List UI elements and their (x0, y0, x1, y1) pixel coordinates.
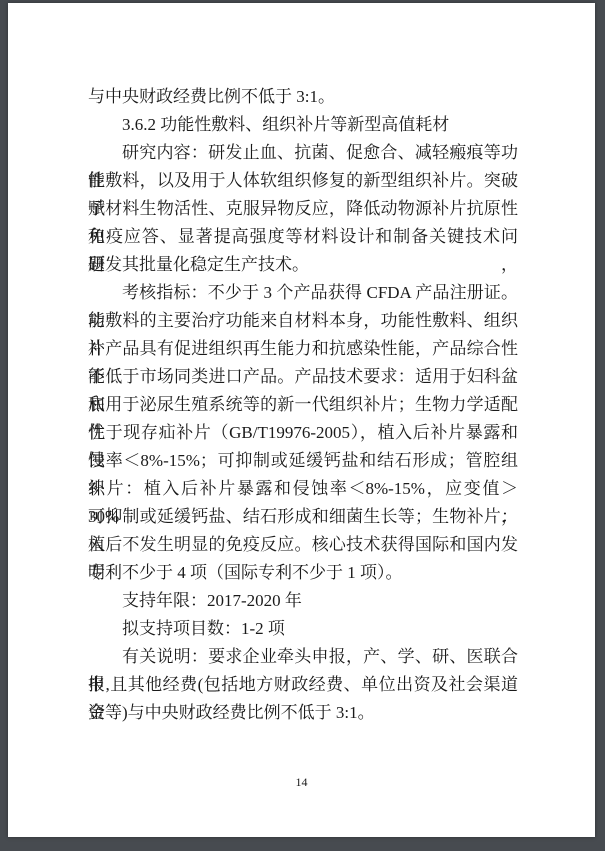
text-line: 报,且其他经费(包括地方财政经费、单位出资及社会渠道资 (88, 671, 518, 699)
text-line: 研究内容：研发止血、抗菌、促愈合、减轻瘢痕等功能 (88, 139, 518, 167)
text-line: 能敷料的主要治疗功能来自材料本身，功能性敷料、组织补 (88, 307, 518, 335)
text-line: 不低于市场同类进口产品。产品技术要求：适用于妇科盆底 (88, 363, 518, 391)
text-line: 专利不少于 4 项（国际专利不少于 1 项）。 (88, 559, 518, 587)
text-line: 予材料生物活性、克服异物反应，降低动物源补片抗原性和 (88, 195, 518, 223)
text-line: 免疫应答、显著提高强度等材料设计和制备关键技术问题， (88, 223, 518, 251)
text-line: 优于现存疝补片（GB/T19976-2005），植入后补片暴露和侵 (88, 419, 518, 447)
text-line: 补片：植入后补片暴露和侵蚀率＜8%-15%，应变值＞30%， (88, 475, 518, 503)
text-line: 与中央财政经费比例不低于 3:1。 (88, 83, 518, 111)
text-line: 拟支持项目数：1-2 项 (88, 615, 518, 643)
text-line: 性敷料，以及用于人体软组织修复的新型组织补片。突破赋 (88, 167, 518, 195)
text-line: 入后不发生明显的免疫反应。核心技术获得国际和国内发明 (88, 531, 518, 559)
text-line: 可抑制或延缓钙盐、结石形成和细菌生长等；生物补片：植 (88, 503, 518, 531)
document-page: 与中央财政经费比例不低于 3:1。3.6.2 功能性敷料、组织补片等新型高值耗材… (8, 3, 595, 837)
text-line: 片产品具有促进组织再生能力和抗感染性能，产品综合性能 (88, 335, 518, 363)
page-number: 14 (8, 775, 595, 790)
text-line: 有关说明：要求企业牵头申报，产、学、研、医联合申 (88, 643, 518, 671)
pdf-page-view: 与中央财政经费比例不低于 3:1。3.6.2 功能性敷料、组织补片等新型高值耗材… (0, 0, 605, 851)
text-line: 支持年限：2017-2020 年 (88, 587, 518, 615)
text-line: 和用于泌尿生殖系统等的新一代组织补片；生物力学适配性 (88, 391, 518, 419)
document-text: 与中央财政经费比例不低于 3:1。3.6.2 功能性敷料、组织补片等新型高值耗材… (88, 83, 518, 727)
text-line: 蚀率＜8%-15%；可抑制或延缓钙盐和结石形成；管腔组织 (88, 447, 518, 475)
text-line: 金等)与中央财政经费比例不低于 3:1。 (88, 699, 518, 727)
text-line: 考核指标：不少于 3 个产品获得 CFDA 产品注册证。功 (88, 279, 518, 307)
text-line: 3.6.2 功能性敷料、组织补片等新型高值耗材 (88, 111, 518, 139)
